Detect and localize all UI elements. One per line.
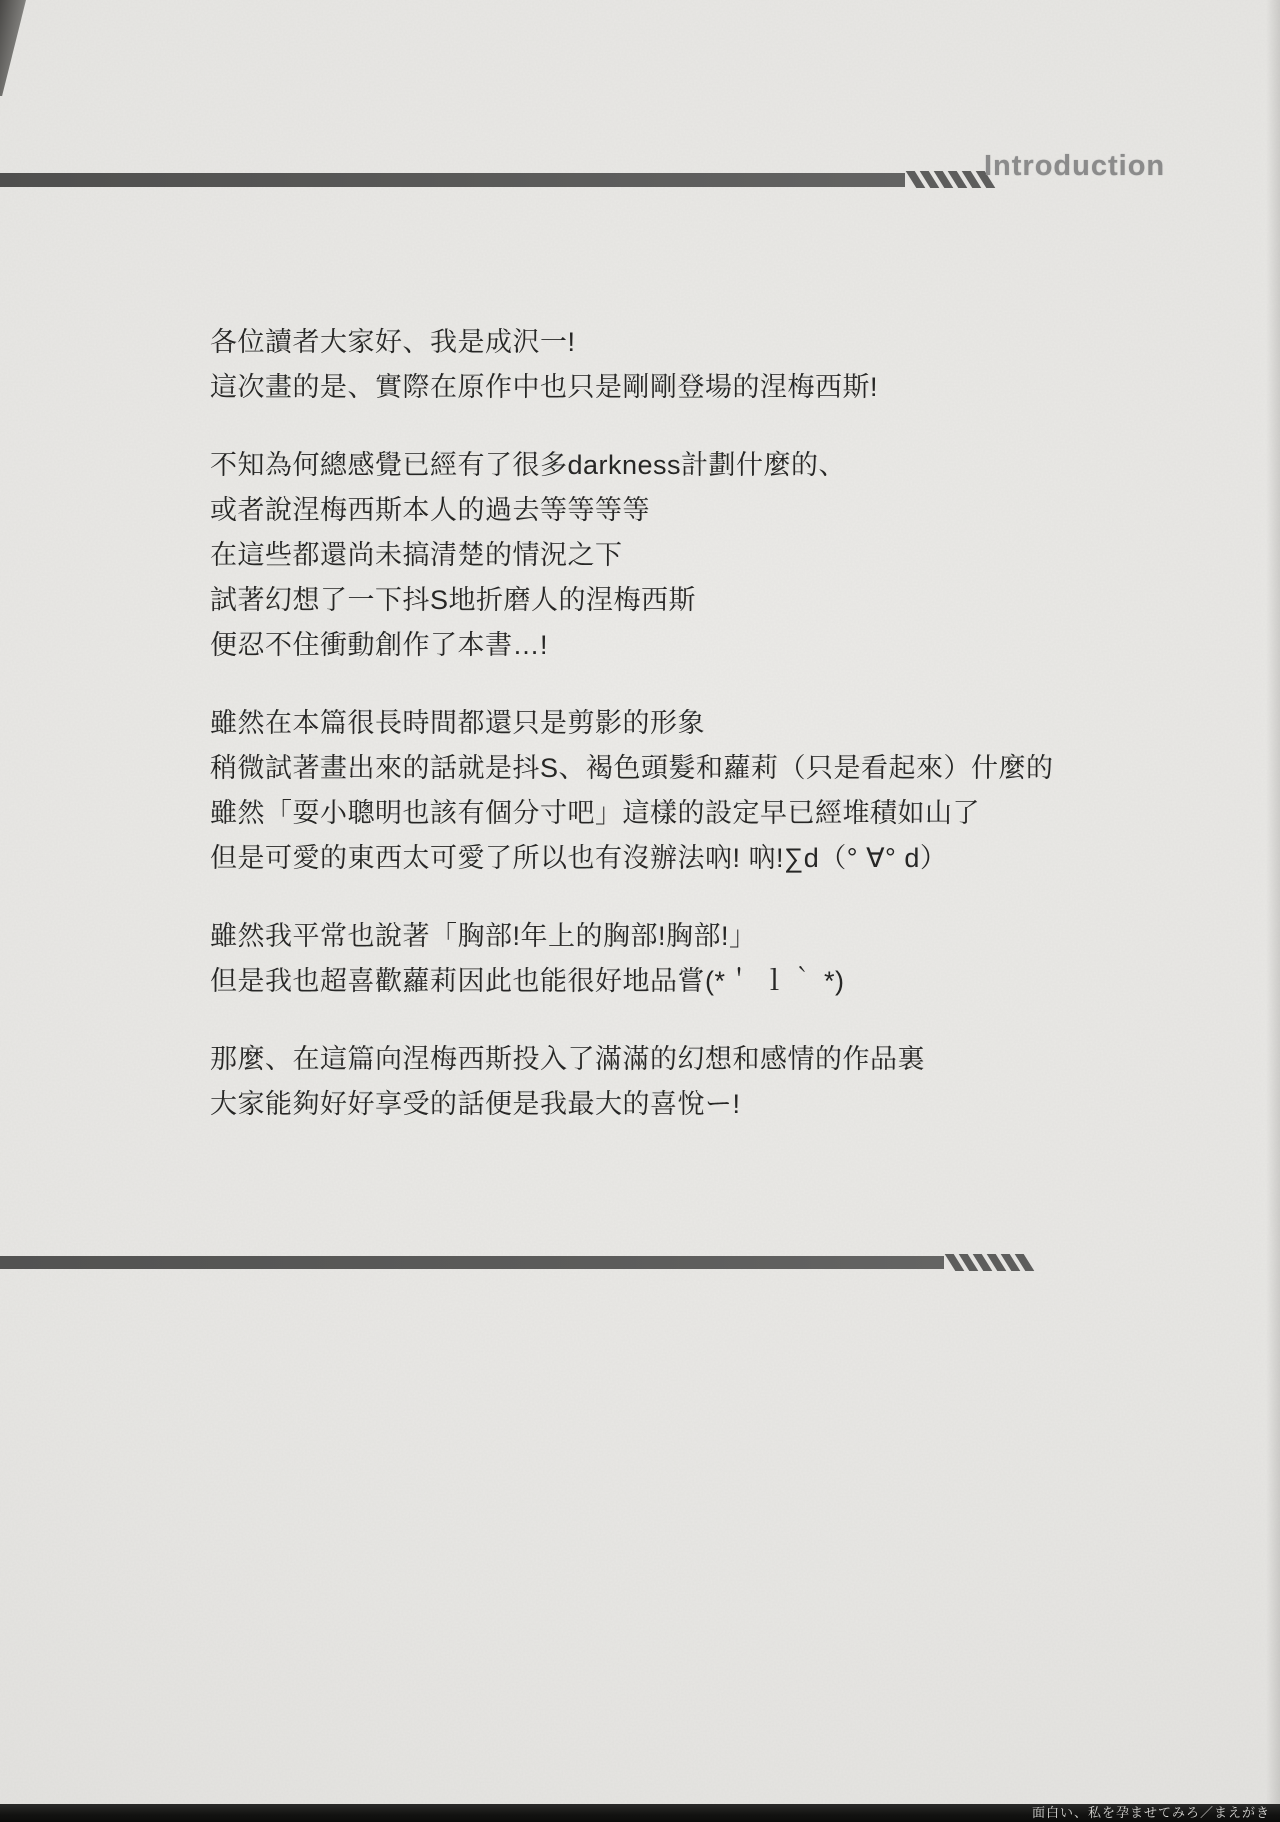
- text-line: 在這些都還尚未搞清楚的情況之下: [210, 533, 1170, 578]
- text-line: 那麼、在這篇向涅梅西斯投入了滿滿的幻想和感情的作品裏: [210, 1037, 1170, 1082]
- scanned-introduction-page: Introduction 各位讀者大家好、我是成沢一! 這次畫的是、實際在原作中…: [0, 0, 1280, 1822]
- page-title: Introduction: [984, 150, 1165, 183]
- text-line: 但是我也超喜歡蘿莉因此也能很好地品嘗(*＇ ｌ｀ *): [210, 959, 1170, 1004]
- text-line: 試著幻想了一下抖S地折磨人的涅梅西斯: [210, 578, 1170, 623]
- introduction-text: 各位讀者大家好、我是成沢一! 這次畫的是、實際在原作中也只是剛剛登場的涅梅西斯!…: [210, 320, 1170, 1160]
- text-line: 便忍不住衝動創作了本書…!: [210, 623, 1170, 668]
- text-line: 但是可愛的東西太可愛了所以也有沒辦法吶! 吶!∑d（° ∀° d）: [210, 836, 1170, 881]
- paragraph: 雖然在本篇很長時間都還只是剪影的形象 稍微試著畫出來的話就是抖S、褐色頭髮和蘿莉…: [210, 701, 1170, 881]
- footer-bar: 面白い、私を孕ませてみろ／まえがき: [0, 1804, 1280, 1822]
- page-edge-shadow: [1266, 0, 1280, 1822]
- text-line: 或者說涅梅西斯本人的過去等等等等: [210, 488, 1170, 533]
- paragraph: 不知為何總感覺已經有了很多darkness計劃什麼的、 或者說涅梅西斯本人的過去…: [210, 443, 1170, 668]
- paragraph: 雖然我平常也說著「胸部!年上的胸部!胸部!」 但是我也超喜歡蘿莉因此也能很好地品…: [210, 914, 1170, 1004]
- text-line: 雖然我平常也說著「胸部!年上的胸部!胸部!」: [210, 914, 1170, 959]
- text-line: 大家能夠好好享受的話便是我最大的喜悅ー!: [210, 1082, 1170, 1127]
- header-rule: [0, 173, 905, 187]
- footer-hatch-marks-icon: [950, 1254, 1029, 1271]
- text-line: 各位讀者大家好、我是成沢一!: [210, 320, 1170, 365]
- text-line: 不知為何總感覺已經有了很多darkness計劃什麼的、: [210, 443, 1170, 488]
- scan-edge-artifact: [0, 0, 26, 96]
- text-line: 這次畫的是、實際在原作中也只是剛剛登場的涅梅西斯!: [210, 365, 1170, 410]
- text-line: 雖然「耍小聰明也該有個分寸吧」這樣的設定早已經堆積如山了: [210, 791, 1170, 836]
- footer-caption: 面白い、私を孕ませてみろ／まえがき: [1032, 1804, 1280, 1822]
- paragraph: 那麼、在這篇向涅梅西斯投入了滿滿的幻想和感情的作品裏 大家能夠好好享受的話便是我…: [210, 1037, 1170, 1127]
- header-hatch-marks-icon: [911, 171, 990, 188]
- paragraph: 各位讀者大家好、我是成沢一! 這次畫的是、實際在原作中也只是剛剛登場的涅梅西斯!: [210, 320, 1170, 410]
- text-line: 雖然在本篇很長時間都還只是剪影的形象: [210, 701, 1170, 746]
- text-line: 稍微試著畫出來的話就是抖S、褐色頭髮和蘿莉（只是看起來）什麼的: [210, 746, 1170, 791]
- footer-rule: [0, 1256, 944, 1269]
